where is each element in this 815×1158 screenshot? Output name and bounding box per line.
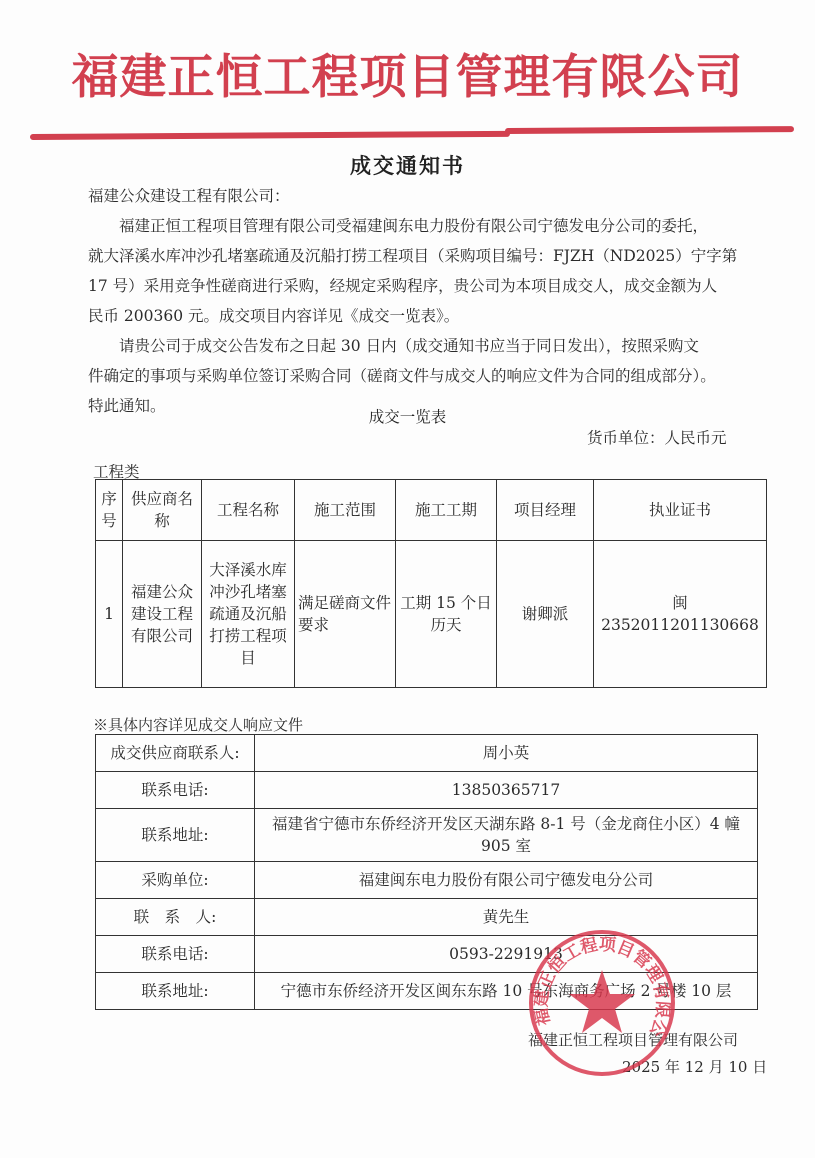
addressee: 福建公众建设工程有限公司： bbox=[88, 181, 748, 211]
contact-value: 黄先生 bbox=[255, 899, 758, 936]
cell-duration: 工期 15 个日历天 bbox=[396, 541, 497, 688]
contact-value: 13850365717 bbox=[255, 772, 758, 809]
header-duration: 施工工期 bbox=[396, 480, 497, 541]
paragraph-1-line-3: 17 号）采用竞争性磋商进行采购，经规定采购程序，贵公司为本项目成交人，成交金额… bbox=[88, 271, 748, 301]
notice-body: 福建公众建设工程有限公司： 福建正恒工程项目管理有限公司受福建闽东电力股份有限公… bbox=[88, 181, 748, 421]
cell-index: 1 bbox=[96, 541, 123, 688]
contact-label: 联系地址: bbox=[96, 809, 255, 862]
document-title: 成交通知书 bbox=[0, 150, 815, 180]
contact-row: 联系电话: 13850365717 bbox=[96, 772, 758, 809]
contact-value: 宁德市东侨经济开发区闽东东路 10 号东海商务广场 2 号楼 10 层 bbox=[255, 973, 758, 1010]
letterhead-red-rule-right bbox=[505, 126, 794, 134]
summary-table-title: 成交一览表 bbox=[0, 405, 815, 427]
table-row: 1 福建公众建设工程有限公司 大泽溪水库冲沙孔堵塞疏通及沉船打捞工程项目 满足磋… bbox=[96, 541, 767, 688]
contact-row: 联 系 人: 黄先生 bbox=[96, 899, 758, 936]
response-file-note: ※具体内容详见成交人响应文件 bbox=[93, 714, 303, 735]
document-page: 福建正恒工程项目管理有限公司 成交通知书 福建公众建设工程有限公司： 福建正恒工… bbox=[0, 0, 815, 1158]
contact-row: 联系电话: 0593-2291913 bbox=[96, 936, 758, 973]
paragraph-2-line-1: 请贵公司于成交公告发布之日起 30 日内（成交通知书应当于同日发出），按照采购文 bbox=[88, 331, 748, 361]
header-index: 序号 bbox=[96, 480, 123, 541]
contact-value: 福建闽东电力股份有限公司宁德发电分公司 bbox=[255, 862, 758, 899]
contact-row: 联系地址: 福建省宁德市东侨经济开发区天湖东路 8-1 号（金龙商住小区）4 幢… bbox=[96, 809, 758, 862]
contact-label: 成交供应商联系人: bbox=[96, 735, 255, 772]
cell-supplier: 福建公众建设工程有限公司 bbox=[123, 541, 202, 688]
contact-label: 采购单位: bbox=[96, 862, 255, 899]
signature-company: 福建正恒工程项目管理有限公司 bbox=[528, 1029, 738, 1050]
contact-row: 成交供应商联系人: 周小英 bbox=[96, 735, 758, 772]
contact-label: 联系电话: bbox=[96, 936, 255, 973]
contact-value: 周小英 bbox=[255, 735, 758, 772]
table-header-row: 序号 供应商名称 工程名称 施工范围 施工工期 项目经理 执业证书 bbox=[96, 480, 767, 541]
contact-row: 采购单位: 福建闽东电力股份有限公司宁德发电分公司 bbox=[96, 862, 758, 899]
contact-table: 成交供应商联系人: 周小英 联系电话: 13850365717 联系地址: 福建… bbox=[95, 734, 758, 1010]
paragraph-2-line-2: 件确定的事项与采购单位签订采购合同（磋商文件与成交人的响应文件为合同的组成部分）… bbox=[88, 361, 748, 391]
paragraph-1-line-2: 就大泽溪水库冲沙孔堵塞疏通及沉船打捞工程项目（采购项目编号：FJZH（ND202… bbox=[88, 241, 748, 271]
header-scope: 施工范围 bbox=[295, 480, 396, 541]
cell-certificate: 闽 2352011201130668 bbox=[594, 541, 767, 688]
cell-scope: 满足磋商文件要求 bbox=[295, 541, 396, 688]
letterhead-company-name: 福建正恒工程项目管理有限公司 bbox=[0, 48, 815, 108]
currency-unit: 货币单位：人民币元 bbox=[587, 426, 727, 448]
cell-manager: 谢卿派 bbox=[497, 541, 594, 688]
contact-label: 联系电话: bbox=[96, 772, 255, 809]
contact-value: 0593-2291913 bbox=[255, 936, 758, 973]
contact-label: 联 系 人: bbox=[96, 899, 255, 936]
cell-project-name: 大泽溪水库冲沙孔堵塞疏通及沉船打捞工程项目 bbox=[202, 541, 295, 688]
summary-table: 序号 供应商名称 工程名称 施工范围 施工工期 项目经理 执业证书 1 福建公众… bbox=[95, 479, 767, 688]
header-certificate: 执业证书 bbox=[594, 480, 767, 541]
contact-value: 福建省宁德市东侨经济开发区天湖东路 8-1 号（金龙商住小区）4 幢 905 室 bbox=[255, 809, 758, 862]
header-manager: 项目经理 bbox=[497, 480, 594, 541]
contact-label: 联系地址: bbox=[96, 973, 255, 1010]
paragraph-1-line-4: 民币 200360 元。成交项目内容详见《成交一览表》。 bbox=[88, 301, 748, 331]
signature-date: 2025 年 12 月 10 日 bbox=[622, 1056, 767, 1077]
contact-row: 联系地址: 宁德市东侨经济开发区闽东东路 10 号东海商务广场 2 号楼 10 … bbox=[96, 973, 758, 1010]
letterhead-red-rule bbox=[30, 131, 510, 140]
header-project-name: 工程名称 bbox=[202, 480, 295, 541]
header-supplier: 供应商名称 bbox=[123, 480, 202, 541]
paragraph-1-line-1: 福建正恒工程项目管理有限公司受福建闽东电力股份有限公司宁德发电分公司的委托， bbox=[88, 211, 748, 241]
